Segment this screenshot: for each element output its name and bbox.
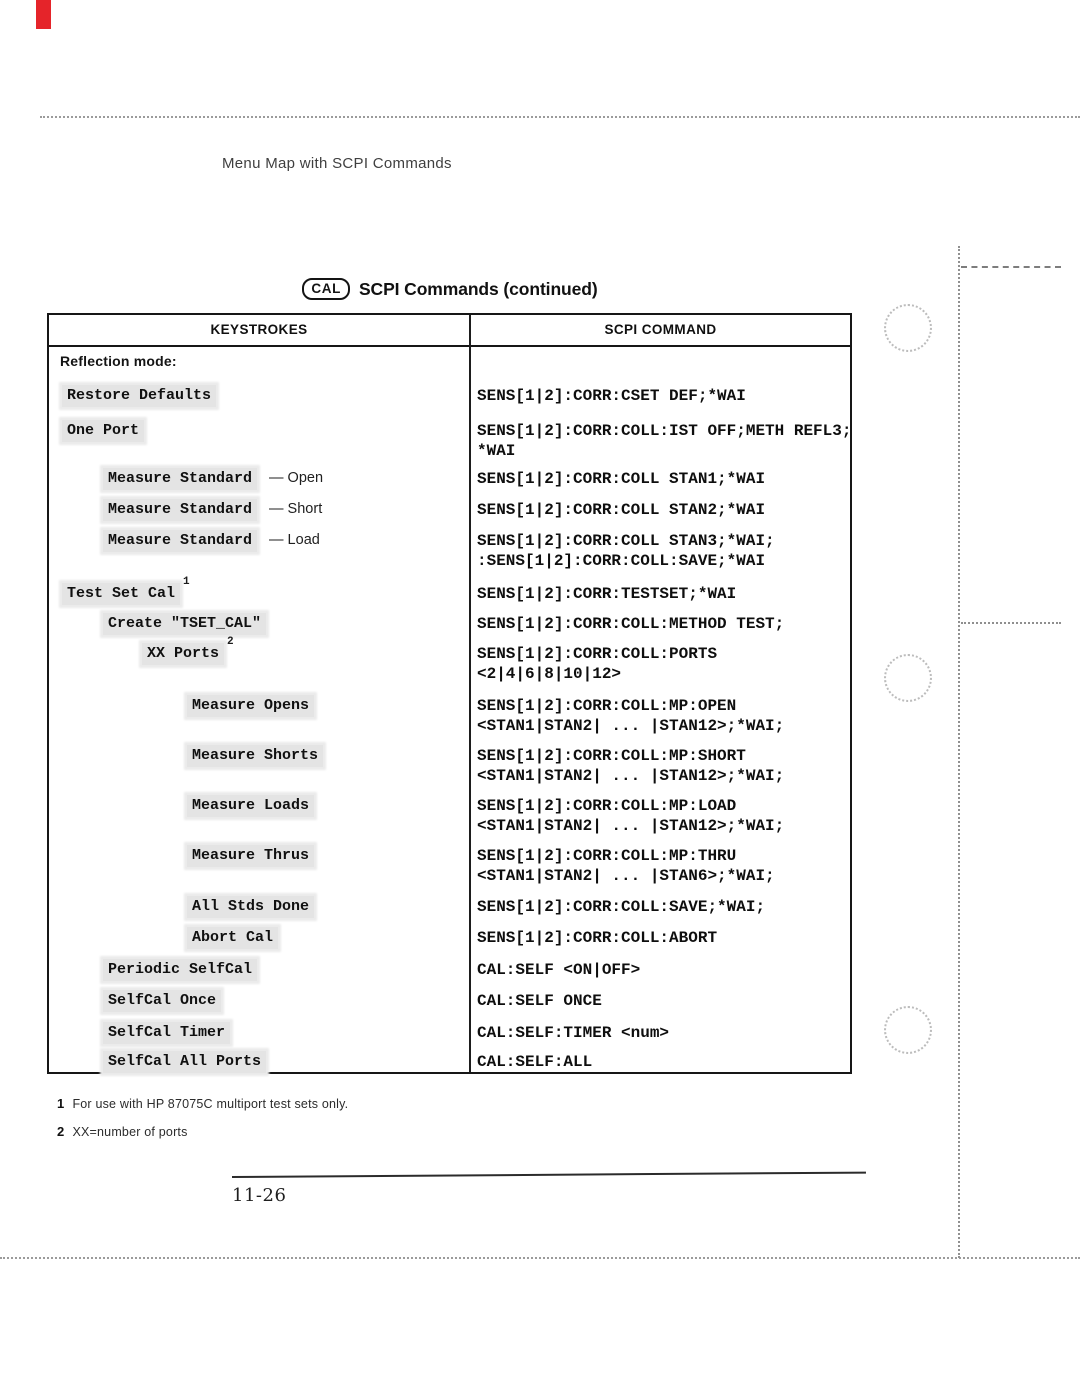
keystroke-cell: Create "TSET_CAL" xyxy=(103,613,266,635)
scpi-command-line: <STAN1|STAN2| ... |STAN12>;*WAI; xyxy=(477,816,784,836)
table-row: Measure ThrusSENS[1|2]:CORR:COLL:MP:THRU… xyxy=(49,845,850,871)
keystroke-label: Measure Thrus xyxy=(187,845,314,867)
scpi-command-cell: SENS[1|2]:CORR:COLL STAN2;*WAI xyxy=(477,500,765,520)
keystroke-cell: SelfCal All Ports xyxy=(103,1051,266,1073)
keystroke-cell: Measure Standard— Open xyxy=(103,468,323,490)
table-row: Abort CalSENS[1|2]:CORR:COLL:ABORT xyxy=(49,927,850,953)
keystroke-label: Abort Cal xyxy=(187,927,278,949)
footnote-text: For use with HP 87075C multiport test se… xyxy=(72,1097,348,1111)
table-row: Measure OpensSENS[1|2]:CORR:COLL:MP:OPEN… xyxy=(49,695,850,721)
scpi-command-line: SENS[1|2]:CORR:COLL:METHOD TEST; xyxy=(477,614,784,634)
cal-keycap-icon: CAL xyxy=(302,278,350,300)
scpi-command-cell: SENS[1|2]:CORR:COLL:IST OFF;METH REFL3;*… xyxy=(477,421,851,461)
keystroke-label: Restore Defaults xyxy=(62,385,216,407)
keystroke-cell: Periodic SelfCal xyxy=(103,959,257,981)
keystroke-cell: Measure Opens xyxy=(187,695,314,717)
table-row: SelfCal All PortsCAL:SELF:ALL xyxy=(49,1051,850,1077)
keystroke-suffix: — Short xyxy=(269,501,322,517)
keystroke-label: Measure Shorts xyxy=(187,745,323,767)
keystroke-cell: Test Set Cal1 xyxy=(62,583,187,605)
scpi-command-cell: SENS[1|2]:CORR:COLL:ABORT xyxy=(477,928,717,948)
scpi-command-cell: CAL:SELF ONCE xyxy=(477,991,602,1011)
scpi-command-line: SENS[1|2]:CORR:COLL:PORTS xyxy=(477,644,717,664)
footnote-line: 2XX=number of ports xyxy=(57,1124,557,1139)
running-header: Menu Map with SCPI Commands xyxy=(222,155,452,172)
table-body: Reflection mode: Restore DefaultsSENS[1|… xyxy=(49,347,850,1072)
scpi-command-line: CAL:SELF <ON|OFF> xyxy=(477,960,640,980)
footnote-ref: 2 xyxy=(227,636,234,648)
footnote-text: XX=number of ports xyxy=(72,1125,187,1139)
keystroke-cell: Measure Standard— Load xyxy=(103,530,320,552)
keystroke-cell: Measure Shorts xyxy=(187,745,323,767)
scpi-command-cell: SENS[1|2]:CORR:COLL:MP:OPEN<STAN1|STAN2|… xyxy=(477,696,784,736)
table-row: Create "TSET_CAL"SENS[1|2]:CORR:COLL:MET… xyxy=(49,613,850,639)
scpi-command-cell: SENS[1|2]:CORR:COLL:MP:SHORT<STAN1|STAN2… xyxy=(477,746,784,786)
keystroke-label: Measure Standard xyxy=(103,530,257,552)
keystroke-label: All Stds Done xyxy=(187,896,314,918)
section-label: Reflection mode: xyxy=(60,353,177,369)
scpi-command-line: *WAI xyxy=(477,441,851,461)
keystroke-cell: All Stds Done xyxy=(187,896,314,918)
table-row: XX Ports2SENS[1|2]:CORR:COLL:PORTS<2|4|6… xyxy=(49,643,850,669)
keystroke-label: SelfCal Timer xyxy=(103,1022,230,1044)
scpi-command-line: SENS[1|2]:CORR:COLL STAN2;*WAI xyxy=(477,500,765,520)
keystroke-cell: Abort Cal xyxy=(187,927,278,949)
scpi-command-line: SENS[1|2]:CORR:COLL:MP:OPEN xyxy=(477,696,784,716)
keystroke-cell: SelfCal Once xyxy=(103,990,221,1012)
keystroke-cell: Restore Defaults xyxy=(62,385,216,407)
footnote-ref: 1 xyxy=(183,576,190,588)
scpi-command-line: <STAN1|STAN2| ... |STAN12>;*WAI; xyxy=(477,766,784,786)
table-row: Measure Standard— LoadSENS[1|2]:CORR:COL… xyxy=(49,530,850,556)
scpi-command-line: SENS[1|2]:CORR:COLL:ABORT xyxy=(477,928,717,948)
scpi-command-line: <2|4|6|8|10|12> xyxy=(477,664,717,684)
page-number: 11-26 xyxy=(232,1185,286,1206)
scpi-command-cell: SENS[1|2]:CORR:CSET DEF;*WAI xyxy=(477,386,746,406)
table-row: Measure Standard— ShortSENS[1|2]:CORR:CO… xyxy=(49,499,850,525)
scpi-command-line: SENS[1|2]:CORR:COLL:MP:SHORT xyxy=(477,746,784,766)
keystroke-label: Measure Standard xyxy=(103,499,257,521)
scpi-command-line: SENS[1|2]:CORR:COLL:MP:LOAD xyxy=(477,796,784,816)
scpi-command-cell: CAL:SELF:ALL xyxy=(477,1052,592,1072)
section-heading: CALSCPI Commands (continued) xyxy=(47,278,853,300)
section-heading-title: SCPI Commands (continued) xyxy=(359,279,598,299)
scpi-command-line: SENS[1|2]:CORR:COLL:SAVE;*WAI; xyxy=(477,897,765,917)
binder-hole-circle xyxy=(884,304,932,352)
right-margin-dotted-line xyxy=(958,246,960,1258)
binder-hole-circle xyxy=(884,654,932,702)
scpi-command-line: SENS[1|2]:CORR:TESTSET;*WAI xyxy=(477,584,736,604)
keystroke-label: SelfCal Once xyxy=(103,990,221,1012)
scpi-command-cell: SENS[1|2]:CORR:COLL:SAVE;*WAI; xyxy=(477,897,765,917)
footnote-line: 1For use with HP 87075C multiport test s… xyxy=(57,1096,557,1111)
scpi-command-line: CAL:SELF:TIMER <num> xyxy=(477,1023,669,1043)
scpi-command-line: <STAN1|STAN2| ... |STAN12>;*WAI; xyxy=(477,716,784,736)
table-row: One PortSENS[1|2]:CORR:COLL:IST OFF;METH… xyxy=(49,420,850,446)
page-number-rule xyxy=(232,1172,866,1178)
scpi-command-line: CAL:SELF ONCE xyxy=(477,991,602,1011)
column-header-keystrokes: KEYSTROKES xyxy=(49,322,469,337)
table-row: Measure Standard— OpenSENS[1|2]:CORR:COL… xyxy=(49,468,850,494)
keystroke-cell: XX Ports2 xyxy=(142,643,231,665)
scpi-commands-table: KEYSTROKES SCPI COMMAND Reflection mode:… xyxy=(47,313,852,1074)
table-row: Periodic SelfCalCAL:SELF <ON|OFF> xyxy=(49,959,850,985)
table-row: All Stds DoneSENS[1|2]:CORR:COLL:SAVE;*W… xyxy=(49,896,850,922)
table-row: SelfCal OnceCAL:SELF ONCE xyxy=(49,990,850,1016)
scpi-command-line: :SENS[1|2]:CORR:COLL:SAVE;*WAI xyxy=(477,551,775,571)
scpi-command-line: SENS[1|2]:CORR:COLL:MP:THRU xyxy=(477,846,775,866)
column-header-scpi-command: SCPI COMMAND xyxy=(471,322,850,337)
keystroke-label: Measure Opens xyxy=(187,695,314,717)
scpi-command-cell: SENS[1|2]:CORR:COLL:PORTS<2|4|6|8|10|12> xyxy=(477,644,717,684)
scpi-command-line: SENS[1|2]:CORR:COLL:IST OFF;METH REFL3; xyxy=(477,421,851,441)
right-margin-dash-middle xyxy=(961,622,1061,624)
table-row: Restore DefaultsSENS[1|2]:CORR:CSET DEF;… xyxy=(49,385,850,411)
scpi-command-cell: SENS[1|2]:CORR:COLL STAN1;*WAI xyxy=(477,469,765,489)
keystroke-label: One Port xyxy=(62,420,144,442)
scpi-command-line: SENS[1|2]:CORR:COLL STAN3;*WAI; xyxy=(477,531,775,551)
table-header-row: KEYSTROKES SCPI COMMAND xyxy=(49,315,850,347)
scpi-command-cell: SENS[1|2]:CORR:COLL STAN3;*WAI;:SENS[1|2… xyxy=(477,531,775,571)
keystroke-suffix: — Load xyxy=(269,532,320,548)
footnote-number: 2 xyxy=(57,1124,64,1139)
scpi-command-cell: SENS[1|2]:CORR:TESTSET;*WAI xyxy=(477,584,736,604)
keystroke-label: Measure Loads xyxy=(187,795,314,817)
keystroke-label: Create "TSET_CAL" xyxy=(103,613,266,635)
footnote-number: 1 xyxy=(57,1096,64,1111)
scpi-command-line: SENS[1|2]:CORR:CSET DEF;*WAI xyxy=(477,386,746,406)
keystroke-cell: One Port xyxy=(62,420,144,442)
scpi-command-cell: SENS[1|2]:CORR:COLL:MP:LOAD<STAN1|STAN2|… xyxy=(477,796,784,836)
table-row: Test Set Cal1SENS[1|2]:CORR:TESTSET;*WAI xyxy=(49,583,850,609)
top-dotted-rule xyxy=(40,116,1080,118)
keystroke-label: SelfCal All Ports xyxy=(103,1051,266,1073)
keystroke-label: Test Set Cal xyxy=(62,583,180,605)
binder-hole-circle xyxy=(884,1006,932,1054)
scpi-command-cell: SENS[1|2]:CORR:COLL:METHOD TEST; xyxy=(477,614,784,634)
scpi-command-line: SENS[1|2]:CORR:COLL STAN1;*WAI xyxy=(477,469,765,489)
table-row: Measure LoadsSENS[1|2]:CORR:COLL:MP:LOAD… xyxy=(49,795,850,821)
right-margin-dash-top xyxy=(961,266,1061,268)
keystroke-label: Measure Standard xyxy=(103,468,257,490)
footnotes: 1For use with HP 87075C multiport test s… xyxy=(57,1096,557,1152)
keystroke-suffix: — Open xyxy=(269,470,323,486)
keystroke-label: XX Ports xyxy=(142,643,224,665)
table-row: Measure ShortsSENS[1|2]:CORR:COLL:MP:SHO… xyxy=(49,745,850,771)
scpi-command-line: CAL:SELF:ALL xyxy=(477,1052,592,1072)
bottom-dotted-rule xyxy=(0,1257,1080,1259)
keystroke-cell: Measure Standard— Short xyxy=(103,499,322,521)
keystroke-cell: Measure Thrus xyxy=(187,845,314,867)
scpi-command-cell: CAL:SELF <ON|OFF> xyxy=(477,960,640,980)
red-edge-mark xyxy=(36,0,51,29)
keystroke-cell: SelfCal Timer xyxy=(103,1022,230,1044)
scpi-command-line: <STAN1|STAN2| ... |STAN6>;*WAI; xyxy=(477,866,775,886)
table-row: SelfCal TimerCAL:SELF:TIMER <num> xyxy=(49,1022,850,1048)
scpi-command-cell: CAL:SELF:TIMER <num> xyxy=(477,1023,669,1043)
keystroke-label: Periodic SelfCal xyxy=(103,959,257,981)
scpi-command-cell: SENS[1|2]:CORR:COLL:MP:THRU<STAN1|STAN2|… xyxy=(477,846,775,886)
keystroke-cell: Measure Loads xyxy=(187,795,314,817)
